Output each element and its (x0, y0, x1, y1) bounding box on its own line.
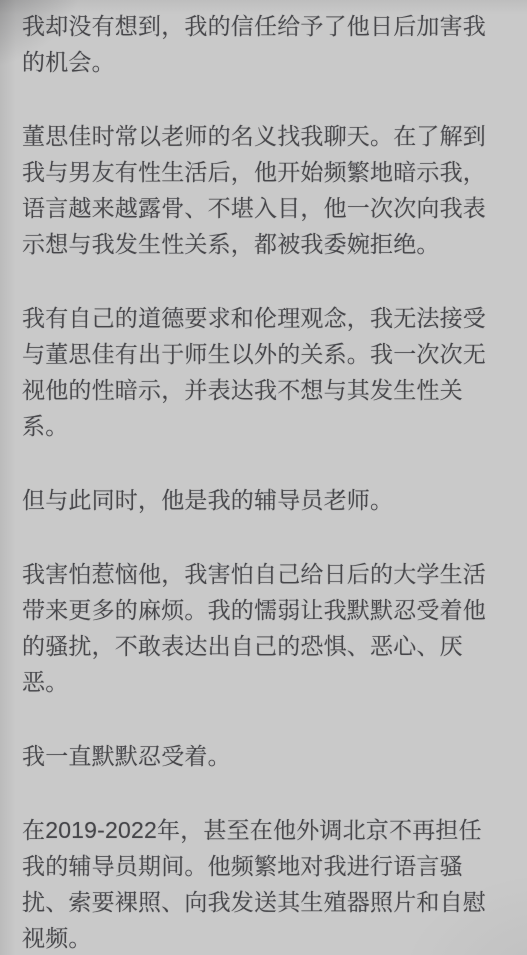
text-content: 我却没有想到，我的信任给予了他日后加害我 的机会。 董思佳时常以老师的名义找我聊… (0, 0, 527, 955)
paragraph-4: 但与此同时，他是我的辅导员老师。 (22, 482, 509, 518)
paragraph-3: 我有自己的道德要求和伦理观念，我无法接受 与董思佳有出于师生以外的关系。我一次次… (22, 300, 509, 444)
paragraph-5: 我害怕惹恼他，我害怕自己给日后的大学生活 带来更多的麻烦。我的懦弱让我默默忍受着… (22, 556, 509, 700)
paragraph-2: 董思佳时常以老师的名义找我聊天。在了解到 我与男友有性生活后，他开始频繁地暗示我… (22, 118, 509, 262)
screenshot-page: 我却没有想到，我的信任给予了他日后加害我 的机会。 董思佳时常以老师的名义找我聊… (0, 0, 527, 955)
paragraph-6: 我一直默默忍受着。 (22, 738, 509, 774)
paragraph-1: 我却没有想到，我的信任给予了他日后加害我 的机会。 (22, 8, 509, 80)
paragraph-7: 在2019-2022年，甚至在他外调北京不再担任 我的辅导员期间。他频繁地对我进… (22, 812, 509, 955)
